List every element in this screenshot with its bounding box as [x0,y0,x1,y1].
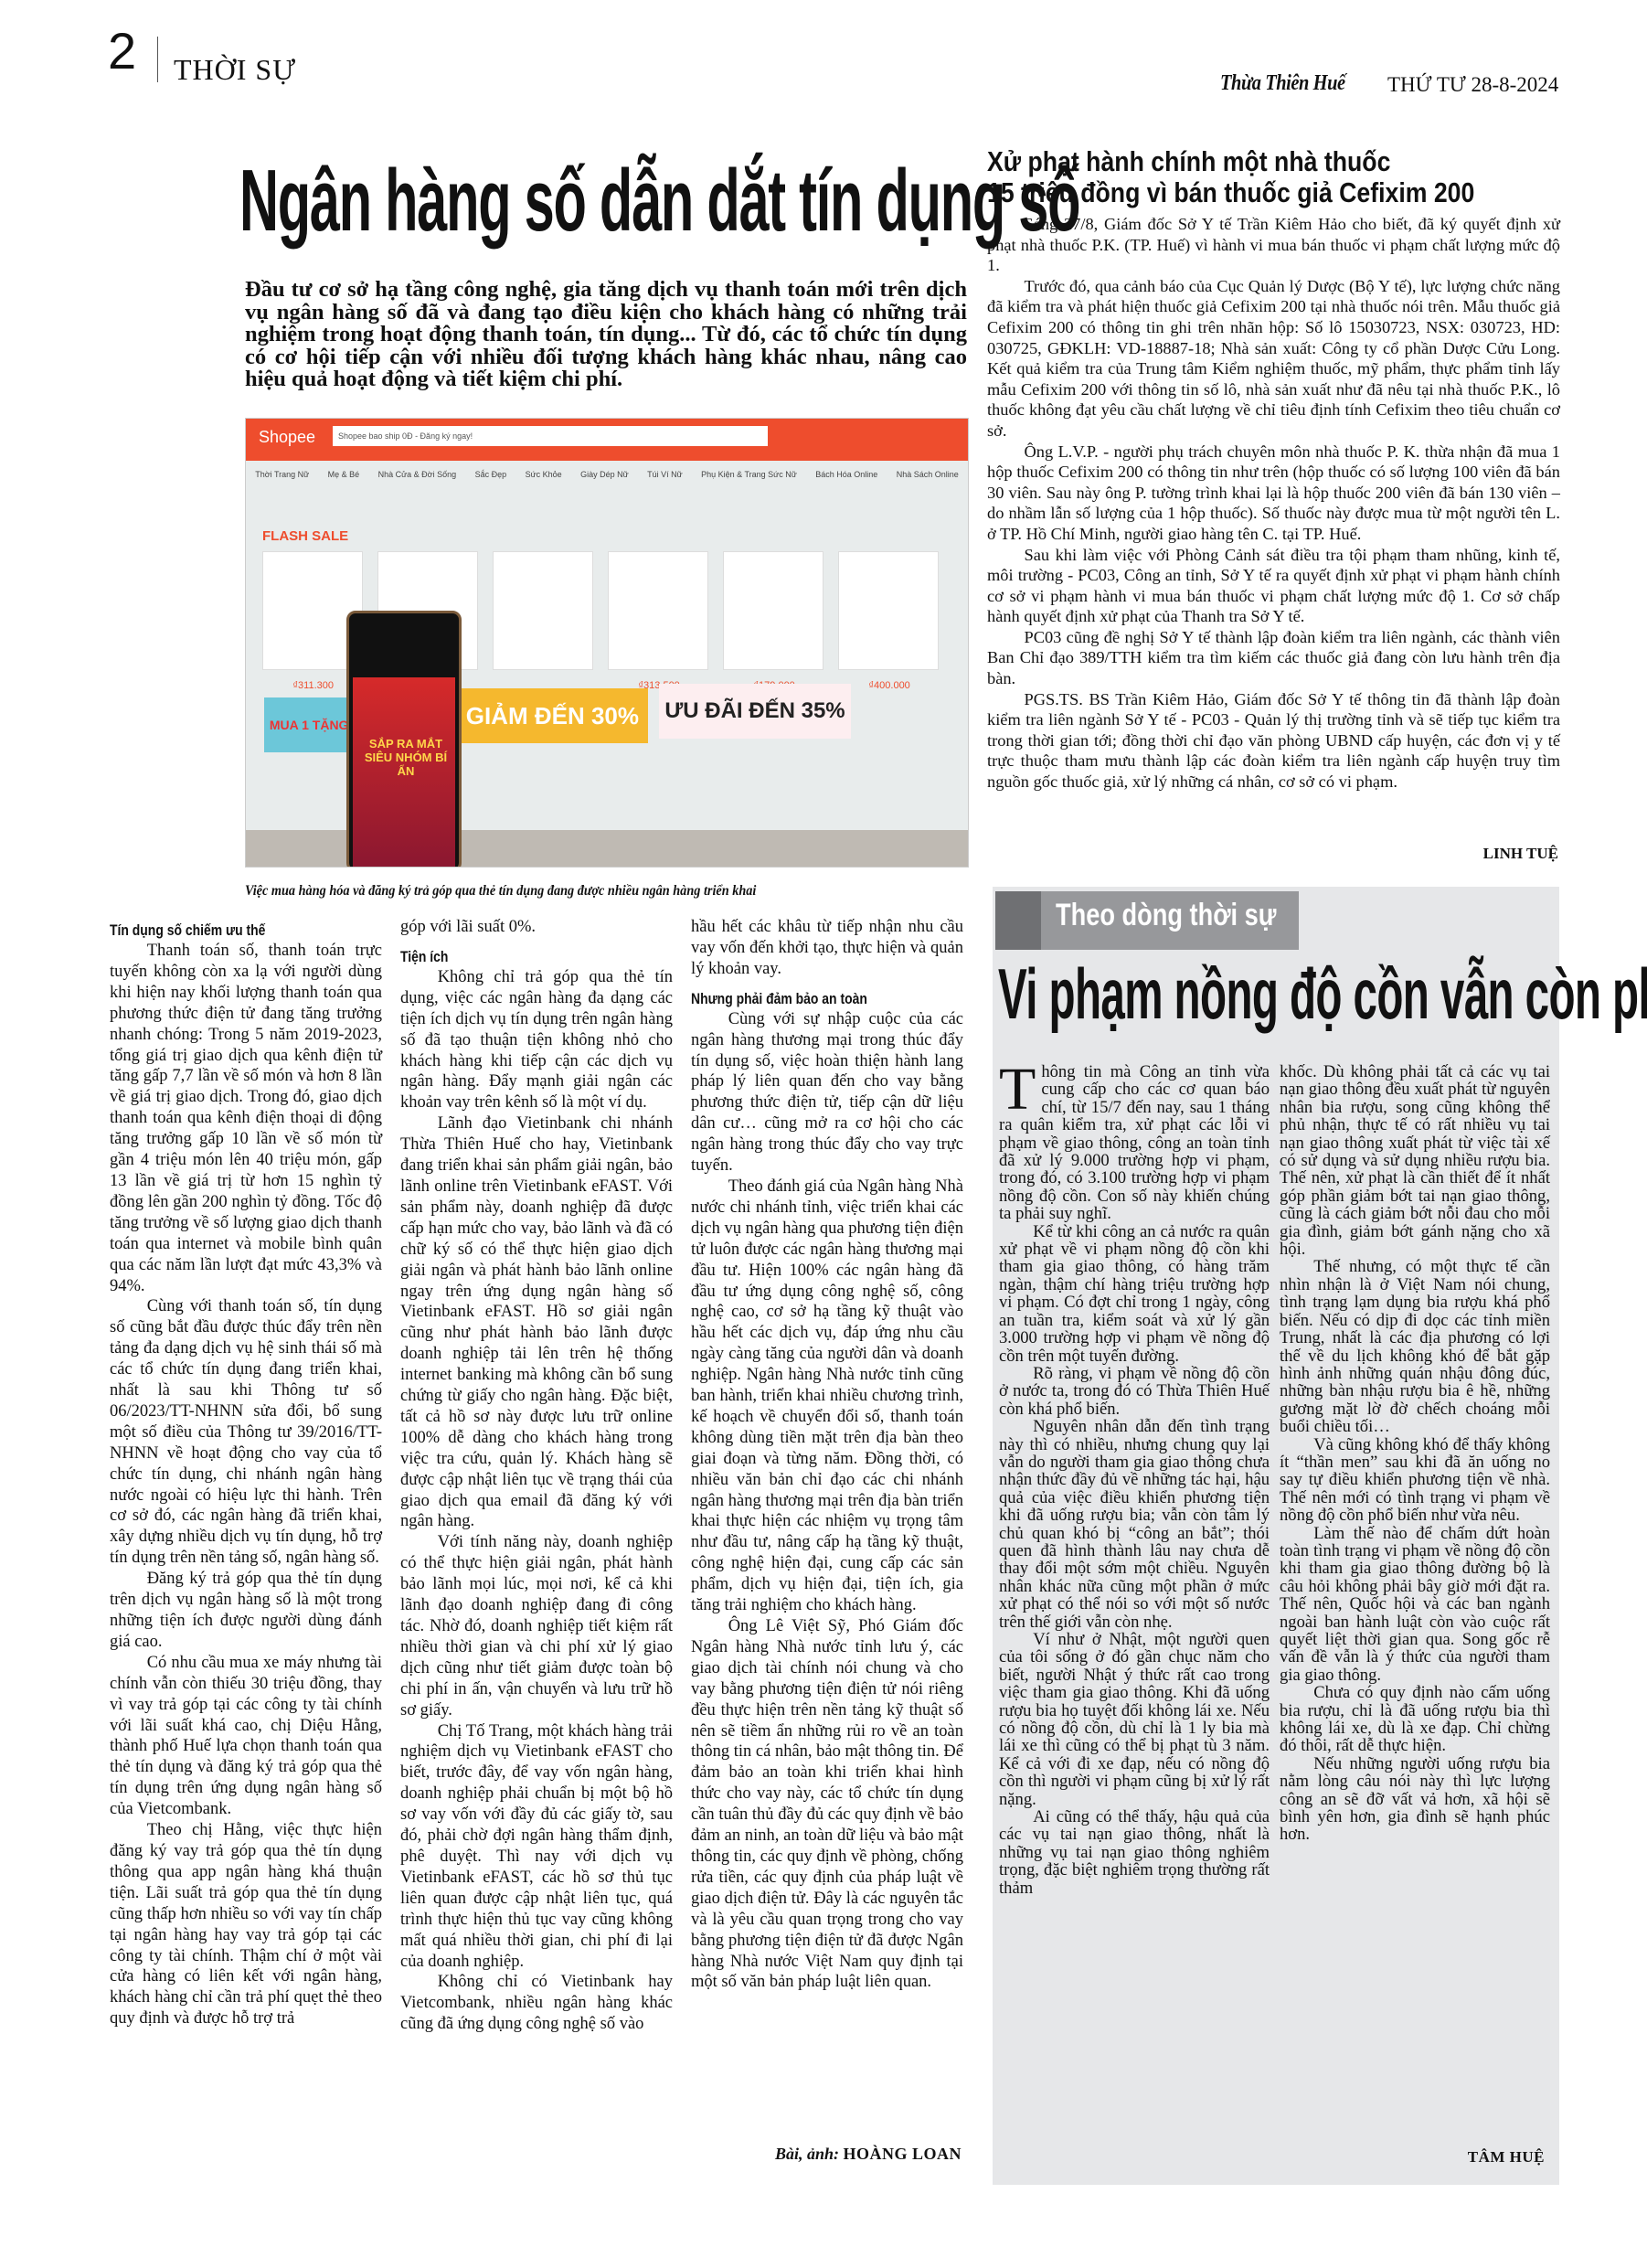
subhead: Tiện ích [400,947,623,967]
paragraph: PGS.TS. BS Trần Kiêm Hảo, Giám đốc Sở Y … [987,689,1560,793]
paragraph: Nguyên nhân dẫn đến tình trạng này thì c… [999,1418,1270,1631]
paragraph-continued: hầu hết các khâu từ tiếp nhận nhu cầu va… [691,917,963,980]
issue-date: THỨ TƯ 28-8-2024 [1387,73,1558,97]
paragraph: Theo chị Hằng, việc thực hiện đăng ký va… [110,1820,382,2029]
photo-caption: Việc mua hàng hóa và đăng ký trả góp qua… [245,883,909,900]
paragraph-continued: khốc. Dù không phải tất cả các vụ tai nạ… [1280,1063,1550,1258]
paragraph: Ông L.V.P. - người phụ trách chuyên môn … [987,442,1560,545]
photo-banner-uudai: ƯU ĐÃI ĐẾN 35% [659,684,851,739]
photo-category: Giày Dép Nữ [580,470,629,479]
commentary-headline: Vi phạm nồng độ cồn vẫn còn phổ biến [998,955,1355,1032]
main-column-1: Tín dụng số chiếm ưu thế Thanh toán số, … [110,917,382,2029]
photo-product [493,551,593,670]
paragraph: Không chỉ trả góp qua thẻ tín dụng, việc… [400,967,673,1113]
paragraph: Sáng 27/8, Giám đốc Sở Y tế Trần Kiêm Hả… [987,214,1560,276]
paragraph: Có nhu cầu mua xe máy nhưng tài chính vẫ… [110,1653,382,1820]
commentary-column-2: khốc. Dù không phải tất cả các vụ tai nạ… [1280,1063,1550,1844]
side-headline: Xử phạt hành chính một nhà thuốc 15 triệ… [987,146,1490,208]
photo-category: Túi Ví Nữ [647,470,683,479]
photo-category: Phụ Kiện & Trang Sức Nữ [701,470,797,479]
paragraph: Thanh toán số, thanh toán trực tuyến khô… [110,941,382,1296]
drop-cap: T [999,1065,1036,1114]
photo-category: Sắc Đẹp [475,470,507,479]
section-label: THỜI SỰ [174,53,296,87]
main-byline: Bài, ảnh: HOÀNG LOAN [768,2145,962,2164]
paragraph: Cùng với sự nhập cuộc của các ngân hàng … [691,1009,963,1177]
photo-smartphone: SẮP RA MẮT SIÊU NHÓM BÍ ẨN [346,611,462,868]
paragraph-continued: góp với lãi suất 0%. [400,917,673,938]
photo-category: Nhà Cửa & Đời Sống [378,470,456,479]
paragraph: Với tính năng này, doanh nghiệp có thể t… [400,1532,673,1720]
photo-category: Thời Trang Nữ [255,470,309,479]
paragraph: Thế nhưng, có một thực tế cần nhìn nhận … [1280,1258,1550,1435]
photo-product: ₫179.000 [723,551,823,670]
photo-phone-promo: SẮP RA MẮT SIÊU NHÓM BÍ ẨN [360,737,452,778]
main-lede: Đầu tư cơ sở hạ tầng công nghệ, gia tăng… [245,279,967,391]
header-divider [157,37,158,82]
main-column-2: góp với lãi suất 0%. Tiện ích Không chỉ … [400,917,673,2035]
photo-categories: Thời Trang Nữ Mẹ & Bé Nhà Cửa & Đời Sống… [246,470,968,479]
paragraph: Kể từ khi công an cả nước ra quân xử phạ… [999,1223,1270,1365]
side-headline-line2: 15 triệu đồng vì bán thuốc giả Cefixim 2… [987,177,1490,208]
side-headline-line1: Xử phạt hành chính một nhà thuốc [987,146,1490,177]
kicker-label: Theo dòng thời sự [1056,898,1277,933]
commentary-byline: TÂM HUỆ [1371,2148,1545,2167]
photo-shopee-header: Shopee Shopee bao ship 0Đ - Đăng ký ngay… [246,419,968,461]
photo-category: Nhà Sách Online [897,470,959,479]
byline-prefix: Bài, ảnh: [775,2145,839,2163]
photo-category: Mẹ & Bé [328,470,360,479]
paragraph: Đăng ký trả góp qua thẻ tín dụng trên dị… [110,1569,382,1653]
paragraph: Lãnh đạo Vietinbank chi nhánh Thừa Thiên… [400,1113,673,1532]
paragraph: Theo đánh giá của Ngân hàng Nhà nước chi… [691,1177,963,1616]
paragraph: PC03 cũng đề nghị Sở Y tế thành lập đoàn… [987,627,1560,689]
side-article-body: Sáng 27/8, Giám đốc Sở Y tế Trần Kiêm Hả… [987,214,1560,793]
paragraph: Ông Lê Việt Sỹ, Phó Giám đốc Ngân hàng N… [691,1616,963,1993]
photo-product: ₫400.000 [838,551,939,670]
photo-banner-vpbank: GIẢM ĐẾN 30% [447,688,648,743]
photo-product: ₫313.500 [608,551,708,670]
paragraph: Chưa có quy định nào cấm uống bia rượu, … [1280,1684,1550,1755]
paragraph-first: Thông tin mà Công an tỉnh vừa cung cấp c… [999,1063,1270,1223]
article-photo: Shopee Shopee bao ship 0Đ - Đăng ký ngay… [245,418,969,868]
byline-author: HOÀNG LOAN [843,2145,962,2163]
photo-price: ₫400.000 [868,680,909,691]
paragraph: Và cũng không khó để thấy không ít “thần… [1280,1436,1550,1525]
paragraph: Nếu những người uống rượu bia nằm lòng c… [1280,1755,1550,1844]
paragraph: Ví như ở Nhật, một người quen của tôi số… [999,1631,1270,1808]
photo-price: ₫311.300 [292,680,334,691]
photo-search-bar: Shopee bao ship 0Đ - Đăng ký ngay! [333,426,768,446]
photo-shopee-logo: Shopee [259,428,315,447]
paragraph: Trước đó, qua cảnh báo của Cục Quản lý D… [987,276,1560,442]
photo-category: Sức Khỏe [526,470,562,479]
main-column-3: hầu hết các khâu từ tiếp nhận nhu cầu va… [691,917,963,1993]
paragraph: Sau khi làm việc với Phòng Cảnh sát điều… [987,545,1560,627]
paragraph: Không chỉ có Vietinbank hay Vietcombank,… [400,1972,673,2035]
paragraph: Làm thế nào để chấm dứt hoàn toàn tình t… [1280,1525,1550,1685]
commentary-column-1: Thông tin mà Công an tỉnh vừa cung cấp c… [999,1063,1270,1897]
subhead: Nhưng phải đảm bảo an toàn [691,989,914,1009]
page-number: 2 [108,26,136,77]
subhead: Tín dụng số chiếm ưu thế [110,921,333,941]
paragraph: Chị Tố Trang, một khách hàng trải nghiệm… [400,1721,673,1973]
publication-name: Thừa Thiên Huế [1220,71,1345,96]
side-byline: LINH TUỆ [1371,845,1558,863]
main-headline: Ngân hàng số dẫn dắt tín dụng số [239,155,693,247]
paragraph-text: hông tin mà Công an tỉnh vừa cung cấp ch… [999,1062,1270,1223]
paragraph: Cùng với thanh toán số, tín dụng số cũng… [110,1296,382,1569]
paragraph: Rõ ràng, vi phạm về nồng độ cồn ở nước t… [999,1365,1270,1418]
photo-flash-sale: FLASH SALE [262,528,348,544]
paragraph: Ai cũng có thể thấy, hậu quả của các vụ … [999,1808,1270,1897]
kicker-accent [995,891,1041,950]
photo-category: Bách Hóa Online [815,470,877,479]
